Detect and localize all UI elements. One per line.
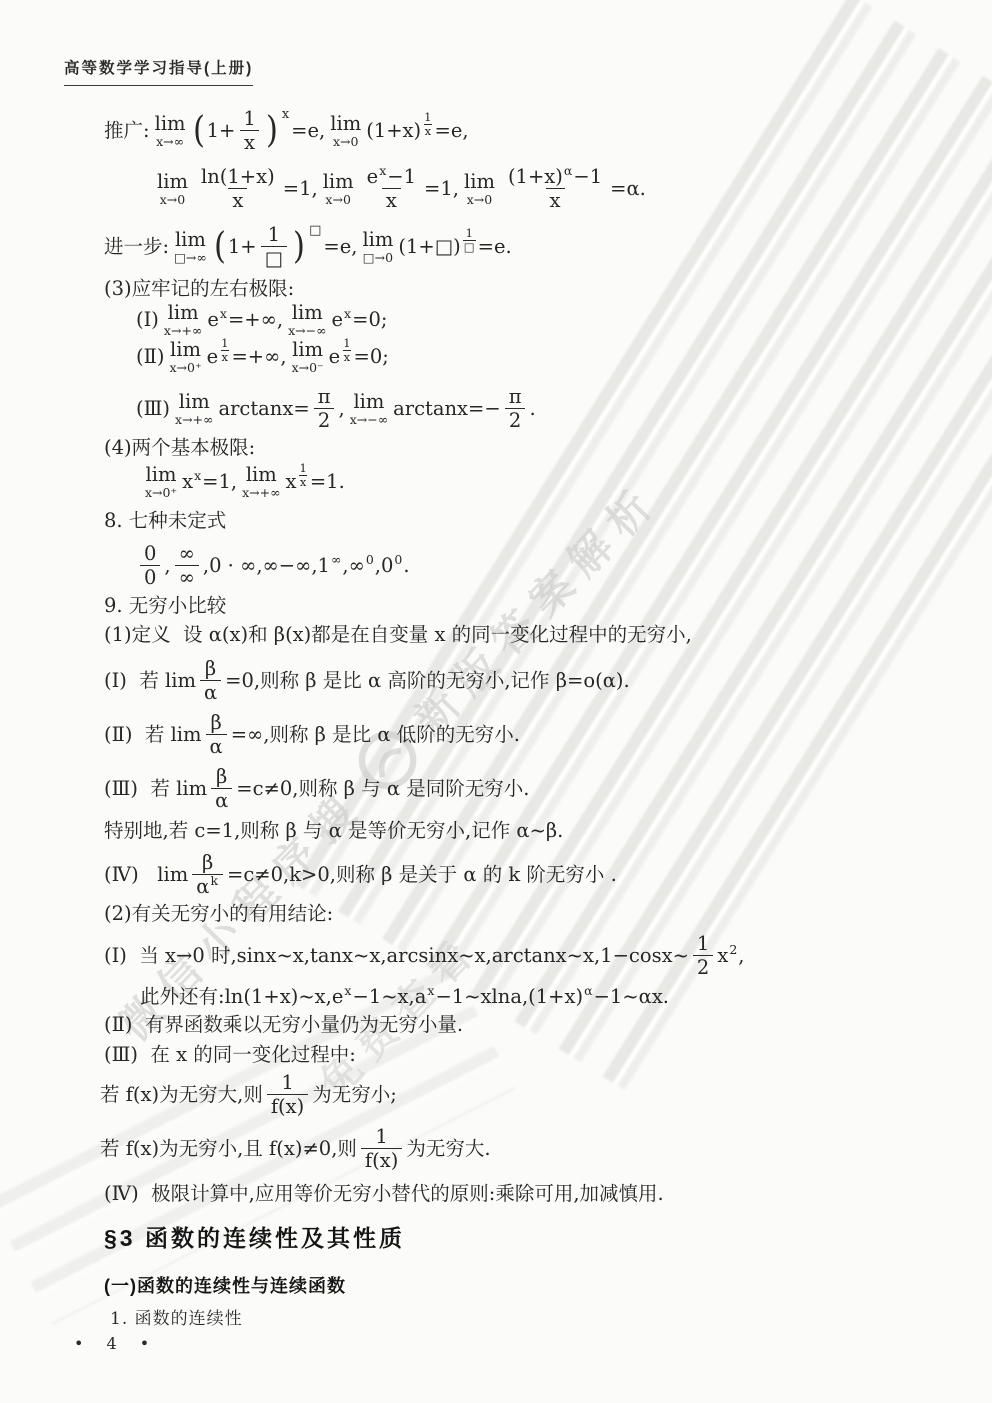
text-run: 1+ bbox=[207, 120, 236, 142]
text-run: 若 f(x)为无穷小,且 f(x)≠0,则 bbox=[100, 1138, 357, 1160]
lim-word: lim bbox=[464, 172, 495, 192]
content-line: (Ⅱ) 若 limβα=∞,则称 β 是比 α 低阶的无穷小. bbox=[104, 712, 520, 759]
text-run: =1, bbox=[202, 471, 237, 493]
content-line: (Ⅰ) 若 limβα=0,则称 β 是比 α 高阶的无穷小,记作 β=o(α)… bbox=[104, 658, 630, 705]
lim-under: x→0⁺ bbox=[169, 362, 201, 375]
text-run: arctanx= bbox=[218, 398, 309, 420]
subsection-item: 1. 函数的连续性 bbox=[110, 1304, 243, 1329]
lim-under: x→−∞ bbox=[288, 325, 326, 338]
numerator: 1 bbox=[371, 1126, 391, 1148]
lim-under: □→0 bbox=[363, 252, 393, 265]
right-paren: ) bbox=[293, 231, 305, 263]
denominator: 0 bbox=[140, 565, 160, 589]
denominator: 2 bbox=[693, 955, 713, 979]
content-line: 8. 七种未定式 bbox=[104, 510, 226, 532]
lim-under: x→0 bbox=[160, 194, 185, 207]
denominator: x bbox=[240, 130, 259, 154]
lim-word: lim bbox=[168, 303, 199, 323]
lim-under: x→0⁻ bbox=[292, 362, 324, 375]
superscript: x bbox=[379, 165, 386, 178]
superscript: x bbox=[282, 108, 289, 121]
text-run: . bbox=[403, 555, 409, 577]
superscript: x bbox=[220, 308, 227, 321]
content-line: (2)有关无穷小的有用结论: bbox=[104, 903, 333, 925]
text-run: (3)应牢记的左右极限: bbox=[104, 278, 294, 300]
limit-operator: limx→+∞ bbox=[242, 465, 280, 499]
denominator: x bbox=[546, 188, 565, 212]
content-line: (Ⅲ) 在 x 的同一变化过程中: bbox=[104, 1044, 356, 1066]
numerator: 1 bbox=[220, 337, 229, 350]
limit-operator: limx→−∞ bbox=[288, 303, 326, 337]
fraction: 1f(x) bbox=[361, 1126, 402, 1173]
denominator: □ bbox=[463, 240, 476, 254]
numerator: 1 bbox=[423, 111, 432, 124]
lim-word: lim bbox=[330, 114, 361, 134]
content-line: (Ⅰ) 当 x→0 时,sinx~x,tanx~x,arcsinx~x,arct… bbox=[104, 933, 745, 980]
limit-operator: limx→0⁺ bbox=[169, 340, 201, 374]
lim-word: lim bbox=[246, 465, 277, 485]
lim-word: lim bbox=[146, 465, 177, 485]
content-line: limx→0ln(1+x)x=1,limx→0ex−1x=1,limx→0(1+… bbox=[152, 166, 646, 213]
content-line: (4)两个基本极限: bbox=[104, 437, 255, 459]
lim-word: lim bbox=[292, 303, 323, 323]
text-run: =∞,则称 β 是比 α 低阶的无穷小. bbox=[231, 724, 520, 746]
text-run: −1 bbox=[573, 166, 602, 188]
text-run: ,0 · ∞,∞−∞,1 bbox=[203, 555, 330, 577]
denominator: α bbox=[206, 734, 227, 758]
text-run: e bbox=[367, 166, 379, 188]
text-run: 1+ bbox=[228, 236, 257, 258]
text-run: x bbox=[286, 471, 297, 493]
content-line: (Ⅱ)limx→0⁺e1x=+∞,limx→0⁻e1x=0; bbox=[136, 340, 389, 374]
numerator: 1 bbox=[342, 337, 351, 350]
denominator: x bbox=[424, 124, 433, 138]
lim-word: lim bbox=[157, 172, 188, 192]
denominator: 2 bbox=[505, 408, 525, 432]
limit-operator: limx→−∞ bbox=[350, 392, 388, 426]
numerator: π bbox=[505, 386, 526, 408]
text-run: arctanx=− bbox=[393, 398, 501, 420]
text-run: 特别地,若 c=1,则称 β 与 α 是等价无穷小,记作 α~β. bbox=[104, 820, 563, 842]
text-run: (Ⅰ) 当 x→0 时,sinx~x,tanx~x,arcsinx~x,arct… bbox=[104, 945, 689, 967]
numerator: 1 bbox=[264, 224, 284, 246]
fraction: βαk bbox=[192, 852, 223, 899]
superscript: 0 bbox=[366, 554, 374, 567]
text-run: =c≠0,k>0,则称 β 是关于 α 的 k 阶无穷小 . bbox=[227, 864, 617, 886]
text-run: e bbox=[207, 309, 219, 331]
superscript: k bbox=[210, 875, 218, 888]
text-run: (1+□) bbox=[398, 236, 460, 258]
content-line: 特别地,若 c=1,则称 β 与 α 是等价无穷小,记作 α~β. bbox=[104, 820, 563, 842]
content-line: 此外还有:ln(1+x)~x,ex−1~x,ax−1~xlna,(1+x)α−1… bbox=[140, 986, 669, 1008]
superscript: x bbox=[194, 470, 201, 483]
lim-word: lim bbox=[353, 392, 384, 412]
lim-word: lim bbox=[170, 340, 201, 360]
text-run: , bbox=[738, 945, 744, 967]
text-run: (Ⅱ) 若 lim bbox=[104, 724, 202, 746]
fraction: ln(1+x)x bbox=[197, 166, 279, 213]
text-run: −1 bbox=[387, 166, 416, 188]
superscript: x bbox=[427, 985, 434, 998]
text-run: (Ⅲ) bbox=[136, 398, 170, 420]
content-line: 00,∞∞,0 · ∞,∞−∞,1∞,∞0,00. bbox=[136, 543, 410, 590]
text-run: (1+x) bbox=[366, 120, 421, 142]
content-line: (Ⅲ)limx→+∞arctanx=π2,limx→−∞arctanx=−π2. bbox=[136, 386, 536, 433]
denominator: 2 bbox=[314, 408, 334, 432]
book-page: 微信小程序搜 新版答案解析 免费查看 高等数学学习指导(上册) 推广:limx→… bbox=[0, 0, 992, 1403]
text-run: e bbox=[207, 346, 219, 368]
superscript: ∞ bbox=[331, 554, 341, 567]
text-run: , bbox=[164, 555, 170, 577]
lim-word: lim bbox=[292, 340, 323, 360]
limit-operator: lim□→0 bbox=[362, 230, 393, 264]
numerator: β bbox=[206, 712, 225, 734]
denominator: x bbox=[382, 188, 401, 212]
content-line: (Ⅳ) limβαk=c≠0,k>0,则称 β 是关于 α 的 k 阶无穷小 . bbox=[104, 852, 617, 899]
limit-operator: limx→0 bbox=[157, 172, 188, 206]
limit-operator: limx→∞ bbox=[155, 114, 186, 148]
text-run: =+∞, bbox=[228, 309, 283, 331]
superscript-fraction: 1x bbox=[299, 462, 308, 488]
text-run: =e, bbox=[323, 236, 357, 258]
superscript: α bbox=[584, 985, 592, 998]
text-run: , bbox=[339, 398, 345, 420]
lim-under: x→0 bbox=[325, 194, 350, 207]
text-run: (1+x) bbox=[508, 166, 563, 188]
content-line: 若 f(x)为无穷大,则1f(x)为无穷小; bbox=[100, 1072, 397, 1119]
content-line: (Ⅰ)limx→+∞ex=+∞,limx→−∞ex=0; bbox=[136, 303, 387, 337]
text-run: −1~αx. bbox=[594, 986, 669, 1008]
text-run: x bbox=[717, 945, 728, 967]
superscript: x bbox=[344, 308, 351, 321]
denominator: f(x) bbox=[361, 1148, 402, 1172]
limit-operator: limx→0⁻ bbox=[292, 340, 324, 374]
text-run: e bbox=[332, 309, 344, 331]
lim-under: x→∞ bbox=[156, 136, 184, 149]
lim-word: lim bbox=[323, 172, 354, 192]
denominator: α bbox=[211, 788, 232, 812]
content-line: (Ⅱ) 有界函数乘以无穷小量仍为无穷小量. bbox=[104, 1014, 463, 1036]
lim-under: x→0 bbox=[467, 194, 492, 207]
subsection-heading: (一)函数的连续性与连续函数 bbox=[104, 1272, 346, 1298]
content-line: (1)定义 设 α(x)和 β(x)都是在自变量 x 的同一变化过程中的无穷小, bbox=[104, 624, 692, 646]
fraction: βα bbox=[211, 766, 232, 813]
numerator: ln(1+x) bbox=[197, 166, 279, 188]
text-run: 为无穷小; bbox=[312, 1084, 397, 1106]
limit-operator: limx→0 bbox=[330, 114, 361, 148]
lim-under: □→∞ bbox=[174, 252, 207, 265]
text-run: =e, bbox=[291, 120, 325, 142]
numerator: 1 bbox=[465, 227, 474, 240]
denominator: x bbox=[299, 475, 308, 489]
numerator: π bbox=[314, 386, 335, 408]
content-line: 推广:limx→∞(1+1x)x=e,limx→0(1+x)1x=e, bbox=[104, 108, 469, 155]
superscript: 0 bbox=[394, 554, 402, 567]
text-run: 若 f(x)为无穷大,则 bbox=[100, 1084, 263, 1106]
text-run: (Ⅰ) 若 lim bbox=[104, 670, 196, 692]
lim-under: x→0 bbox=[333, 136, 358, 149]
text-run: 此外还有:ln(1+x)~x,e bbox=[140, 986, 343, 1008]
text-run: (Ⅲ) 若 lim bbox=[104, 778, 207, 800]
lim-word: lim bbox=[155, 114, 186, 134]
left-paren: ( bbox=[214, 231, 226, 263]
superscript-fraction: 1x bbox=[423, 111, 432, 137]
text-run: 8. 七种未定式 bbox=[104, 510, 226, 532]
denominator: □ bbox=[261, 246, 287, 270]
text-run: −1~xlna,(1+x) bbox=[435, 986, 583, 1008]
fraction: ∞∞ bbox=[175, 543, 199, 590]
denominator: x bbox=[343, 350, 352, 364]
limit-operator: lim□→∞ bbox=[174, 230, 207, 264]
text-run: 为无穷大. bbox=[406, 1138, 490, 1160]
superscript-fraction: 1□ bbox=[463, 227, 476, 253]
lim-under: x→+∞ bbox=[164, 325, 202, 338]
text-run: (4)两个基本极限: bbox=[104, 437, 255, 459]
fraction: 1f(x) bbox=[267, 1072, 308, 1119]
fraction: π2 bbox=[505, 386, 526, 433]
numerator: β bbox=[212, 766, 231, 788]
page-number: • 4 • bbox=[74, 1334, 158, 1353]
fraction: βα bbox=[206, 712, 227, 759]
text-run: =1, bbox=[283, 178, 318, 200]
superscript: x bbox=[344, 985, 351, 998]
text-run: =0; bbox=[352, 309, 387, 331]
denominator: x bbox=[228, 188, 247, 212]
content-line: (Ⅲ) 若 limβα=c≠0,则称 β 与 α 是同阶无穷小. bbox=[104, 766, 529, 813]
text-run: (Ⅳ) 极限计算中,应用等价无穷小替代的原则:乘除可用,加减慎用. bbox=[104, 1183, 664, 1205]
text-run: e bbox=[329, 346, 341, 368]
text-run: (Ⅱ) bbox=[136, 346, 164, 368]
text-run: =e, bbox=[435, 120, 469, 142]
fraction: π2 bbox=[314, 386, 335, 433]
numerator: β bbox=[198, 852, 217, 874]
page-content: 推广:limx→∞(1+1x)x=e,limx→0(1+x)1x=e,limx→… bbox=[0, 0, 992, 1403]
lim-under: x→+∞ bbox=[242, 487, 280, 500]
text-run: x bbox=[182, 471, 193, 493]
text-run: (Ⅱ) 有界函数乘以无穷小量仍为无穷小量. bbox=[104, 1014, 463, 1036]
text-run: ,0 bbox=[375, 555, 394, 577]
text-run: α bbox=[196, 875, 209, 898]
text-run: =0,则称 β 是比 α 高阶的无穷小,记作 β=o(α). bbox=[225, 670, 630, 692]
text-run: (Ⅲ) 在 x 的同一变化过程中: bbox=[104, 1044, 356, 1066]
section-heading: §3 函数的连续性及其性质 bbox=[104, 1220, 405, 1253]
numerator: 1 bbox=[693, 933, 713, 955]
denominator: αk bbox=[192, 874, 223, 898]
text-run: =+∞, bbox=[231, 346, 286, 368]
text-run: −1~x,a bbox=[352, 986, 426, 1008]
numerator: ex−1 bbox=[363, 166, 420, 188]
text-run: =α. bbox=[610, 178, 646, 200]
limit-operator: limx→+∞ bbox=[164, 303, 202, 337]
content-line: (Ⅳ) 极限计算中,应用等价无穷小替代的原则:乘除可用,加减慎用. bbox=[104, 1183, 664, 1205]
numerator: (1+x)α−1 bbox=[504, 166, 606, 188]
superscript-fraction: 1x bbox=[342, 337, 351, 363]
numerator: 1 bbox=[239, 108, 259, 130]
lim-under: x→−∞ bbox=[350, 414, 388, 427]
text-run: . bbox=[530, 398, 536, 420]
denominator: α bbox=[200, 680, 221, 704]
lim-word: lim bbox=[179, 392, 210, 412]
numerator: 1 bbox=[277, 1072, 297, 1094]
text-run: (Ⅳ) lim bbox=[104, 864, 188, 886]
content-line: 进一步:lim□→∞(1+1□)□=e,lim□→0(1+□)1□=e. bbox=[104, 224, 512, 271]
fraction: βα bbox=[200, 658, 221, 705]
text-run: (1)定义 设 α(x)和 β(x)都是在自变量 x 的同一变化过程中的无穷小, bbox=[104, 624, 692, 646]
text-run: 进一步: bbox=[104, 236, 169, 258]
fraction: (1+x)α−1x bbox=[504, 166, 606, 213]
fraction: ex−1x bbox=[363, 166, 420, 213]
fraction: 00 bbox=[140, 543, 160, 590]
text-run: ,∞ bbox=[342, 555, 364, 577]
left-paren: ( bbox=[193, 115, 205, 147]
text-run: 推广: bbox=[104, 120, 150, 142]
lim-word: lim bbox=[362, 230, 393, 250]
numerator: ∞ bbox=[175, 543, 199, 565]
text-run: =1, bbox=[424, 178, 459, 200]
text-run: =e. bbox=[478, 236, 512, 258]
text-run: =0; bbox=[354, 346, 389, 368]
fraction: 1□ bbox=[261, 224, 287, 271]
text-run: =c≠0,则称 β 与 α 是同阶无穷小. bbox=[236, 778, 529, 800]
numerator: 1 bbox=[299, 462, 308, 475]
superscript: 2 bbox=[729, 944, 737, 957]
right-paren: ) bbox=[266, 115, 278, 147]
limit-operator: limx→0 bbox=[323, 172, 354, 206]
text-run: =1. bbox=[310, 471, 345, 493]
text-run: (2)有关无穷小的有用结论: bbox=[104, 903, 333, 925]
numerator: β bbox=[201, 658, 220, 680]
lim-under: x→0⁺ bbox=[145, 487, 177, 500]
lim-word: lim bbox=[175, 230, 206, 250]
lim-under: x→+∞ bbox=[175, 414, 213, 427]
text-run: 9. 无穷小比较 bbox=[104, 595, 226, 617]
denominator: ∞ bbox=[175, 565, 199, 589]
limit-operator: limx→0 bbox=[464, 172, 495, 206]
superscript-fraction: 1x bbox=[220, 337, 229, 363]
fraction: 1x bbox=[239, 108, 259, 155]
superscript: α bbox=[564, 165, 572, 178]
numerator: 0 bbox=[140, 543, 160, 565]
content-line: 若 f(x)为无穷小,且 f(x)≠0,则1f(x)为无穷大. bbox=[100, 1126, 491, 1173]
limit-operator: limx→+∞ bbox=[175, 392, 213, 426]
content-line: (3)应牢记的左右极限: bbox=[104, 278, 294, 300]
limit-operator: limx→0⁺ bbox=[145, 465, 177, 499]
denominator: f(x) bbox=[267, 1094, 308, 1118]
content-line: limx→0⁺xx=1,limx→+∞x1x=1. bbox=[140, 465, 345, 499]
denominator: x bbox=[221, 350, 230, 364]
content-line: 9. 无穷小比较 bbox=[104, 595, 226, 617]
text-run: (Ⅰ) bbox=[136, 309, 159, 331]
fraction: 12 bbox=[693, 933, 713, 980]
superscript: □ bbox=[309, 224, 321, 237]
